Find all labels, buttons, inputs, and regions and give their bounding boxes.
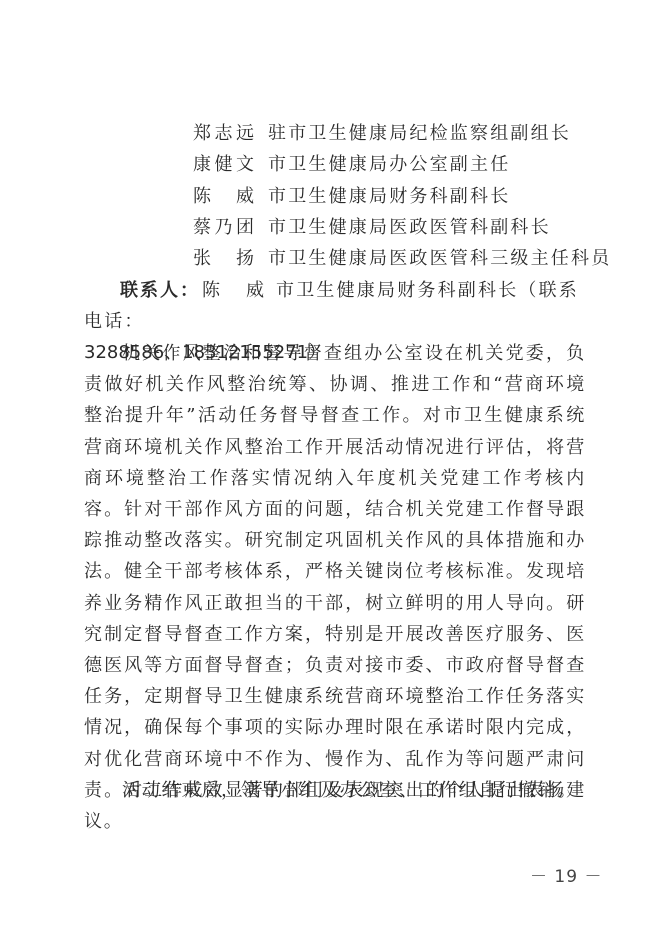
member-name: 康健文 [193,149,255,180]
member-title: 市卫生健康局医政医管科副科长 [268,212,551,243]
member-title: 驻市卫生健康局纪检监察组副组长 [268,118,571,149]
member-title: 市卫生健康局财务科副科长 [268,181,510,212]
body-paragraph: 机关作风整治和督导督查组办公室设在机关党委，负责做好机关作风整治统筹、协调、推进… [84,338,586,837]
member-name: 郑志远 [193,118,255,149]
member-title: 市卫生健康局办公室副主任 [268,149,510,180]
member-title: 市卫生健康局医政医管科三级主任科员 [268,243,611,274]
contact-name: 陈威 [202,275,264,306]
contact-label: 联系人： [120,280,200,301]
page-number: － 19 － [530,862,602,887]
member-name: 张扬 [193,243,255,274]
member-name: 蔡乃团 [193,212,255,243]
closing-paragraph: 活动结束后，领导小组及办公室、工作组自行撤销。 [84,775,586,806]
member-name: 陈威 [193,181,255,212]
document-page: 郑志远 驻市卫生健康局纪检监察组副组长 康健文 市卫生健康局办公室副主任 陈威 … [0,0,668,943]
